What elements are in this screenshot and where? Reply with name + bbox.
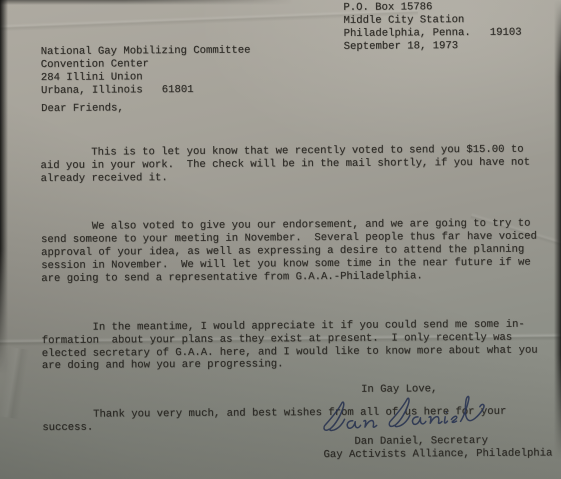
- body-paragraph-1: This is to let you know that we recently…: [40, 143, 536, 185]
- body-paragraph-2: We also voted to give you our endorsemen…: [41, 218, 537, 286]
- signature-strokes: [323, 394, 485, 431]
- signer-name-title: Dan Daniel, Secretary: [354, 435, 488, 449]
- return-address: P.O. Box 15786 Middle City Station Phila…: [343, 1, 521, 54]
- recipient-address: National Gay Mobilizing Committee Conven…: [41, 45, 251, 98]
- salutation: Dear Friends,: [41, 102, 124, 115]
- body-paragraph-3: In the meantime, I would appreciate it i…: [42, 318, 538, 373]
- typed-text-layer: P.O. Box 15786 Middle City Station Phila…: [0, 0, 561, 479]
- letter-photo: P.O. Box 15786 Middle City Station Phila…: [0, 0, 561, 479]
- signer-organization: Gay Activists Alliance, Philadelphia: [323, 447, 552, 462]
